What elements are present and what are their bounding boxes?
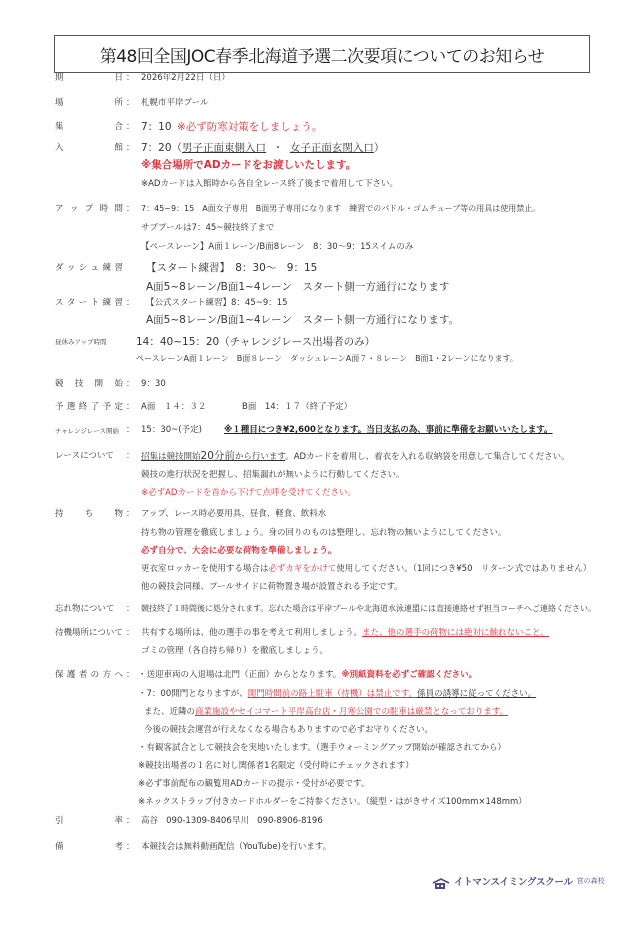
- guardians-nearby-ban: 商業施設やセイコマート平岸高台店・月寒公園での駐車は厳禁となっております。: [195, 707, 508, 717]
- warmup-line2: サブプールは7：45~競技終了まで: [141, 222, 274, 234]
- label-char: 物: [114, 508, 123, 520]
- entry-girls: 女子正面玄関入口: [290, 142, 374, 154]
- dash-line1: 【スタート練習】 8：30～ 9：15: [146, 262, 317, 274]
- colon: ：: [126, 297, 135, 309]
- leader-2-name: 早川: [232, 816, 249, 826]
- lost-items-value: 競技終了１時間後に処分されます。忘れた場合は平岸プールや北海道水泳連盟には直接連…: [141, 603, 596, 615]
- label-char: ッ: [67, 262, 76, 274]
- entry-note-ad-card: ※集合場所でADカードをお渡しいたします。: [141, 159, 356, 171]
- dash-line2: A面5~8レーン/B面1~4レーン スタート側一方通行になります: [146, 281, 449, 293]
- label-char: 率: [114, 815, 123, 827]
- waiting-area-line2: ゴミの管理（各自持ち帰り）を徹底しましょう。: [141, 645, 328, 657]
- label-char: 練: [103, 297, 112, 309]
- label-char: 護: [67, 669, 76, 681]
- label-char: プ: [85, 203, 94, 215]
- label-char: ッ: [70, 203, 79, 215]
- label-char: 習: [114, 262, 123, 274]
- warmup-line1: 7：45~9：15 A面女子専用 B面男子専用になります 練習でのパドル・ゴムチ…: [141, 203, 540, 215]
- label-char: ュ: [91, 262, 100, 274]
- label-noon-warmup: 昼休みアップ時間: [55, 336, 123, 348]
- label-entry: 入館: [55, 142, 123, 154]
- colon: ：: [126, 815, 135, 827]
- waiting-area-line1: 共有する場所は、他の選手の事を考えて利用しましょう。また、他の選手の荷物には絶対…: [141, 627, 549, 639]
- label-guardians: 保護者の方へ: [55, 669, 123, 681]
- colon: ：: [126, 627, 135, 639]
- label-char: の: [91, 669, 100, 681]
- venue-value: 札幌市平岸プール: [141, 97, 209, 109]
- locker-key-warning: 必ずカギをかけて: [268, 564, 336, 574]
- colon: ：: [126, 72, 135, 84]
- race-call-minutes: 20分前: [201, 450, 235, 462]
- guardians-see-attachment: ※別紙資料を必ずご確認ください。: [341, 670, 477, 680]
- label-char: 競: [55, 378, 64, 390]
- belongings-line4: 更衣室ロッカーを使用する場合は必ずカギをかけて使用してください。（1回につき¥5…: [141, 563, 591, 575]
- guardians-gate-text: ・送迎車両の入退場は北門（正面）からとなります。: [138, 670, 341, 680]
- label-char: 終: [79, 401, 88, 413]
- label-char: 持: [55, 508, 64, 520]
- colon: ：: [126, 203, 135, 215]
- label-char: タ: [67, 297, 76, 309]
- entry-time: 7：20（: [141, 142, 182, 154]
- brand-name: イトマンスイミングスクール: [454, 874, 573, 888]
- waiting-warning: また、他の選手の荷物には絶対に触れないこと。: [362, 628, 549, 638]
- label-char: 引: [55, 815, 64, 827]
- colon: ：: [126, 508, 135, 520]
- colon: ：: [126, 378, 135, 390]
- label-char: ち: [85, 508, 94, 520]
- label-char: 備: [55, 841, 64, 853]
- label-char: 了: [91, 401, 100, 413]
- label-char: 習: [114, 297, 123, 309]
- guardians-nearby-text: また、近隣の: [144, 707, 195, 717]
- label-challenge: チャレンジレース開始: [55, 425, 123, 437]
- race-line2: 競技の進行状況を把握し、招集漏れが無いように行動してください。: [141, 469, 405, 481]
- guardians-line7: ※必ず事前配布の観覧用ADカードの提示・受付が必要です。: [138, 778, 369, 790]
- belongings-line5: 他の競技会同様、プールサイドに荷物置き場が設置される予定です。: [141, 581, 403, 593]
- leader-1-phone: 090-1309-8406: [166, 816, 232, 826]
- guardians-line4: 今後の競技会運営が行えなくなる場合もありますので必ずお守りください。: [144, 724, 433, 736]
- leader-2-phone: 090-8906-8196: [257, 816, 323, 826]
- label-competition-start: 競技開始: [55, 378, 123, 390]
- label-leaders: 引率: [55, 815, 123, 827]
- label-char: 練: [103, 262, 112, 274]
- label-belongings: 持ち物: [55, 508, 123, 520]
- colon: ：: [126, 97, 135, 109]
- prelim-end-a: A面 １４：３２: [141, 401, 206, 413]
- label-waiting-area: 待機場所について: [55, 627, 123, 639]
- leader-1: 高谷 090-1309-8406: [141, 815, 232, 827]
- label-char: 予: [55, 401, 64, 413]
- belongings-line3: 必ず自分で、大会に必要な荷物を準備しましょう。: [141, 545, 336, 557]
- label-warmup: アップ時間: [55, 203, 123, 215]
- label-char: ス: [55, 297, 64, 309]
- label-venue: 場所: [55, 97, 123, 109]
- label-char: 間: [114, 203, 123, 215]
- label-char: ー: [79, 297, 88, 309]
- race-line1: 招集は競技開始20分前から行います。ADカードを着用し、着衣を入れる収納袋を用意…: [141, 450, 570, 463]
- label-char: 集: [55, 121, 64, 133]
- label-char: 日: [114, 72, 123, 84]
- prelim-end-b: B面 14：１７（終了予定）: [242, 401, 352, 413]
- locker-text: 更衣室ロッカーを使用する場合は: [141, 564, 268, 574]
- guardians-line6: ※競技出場者の１名に対し関係者1名限定（受付時にチェックされます）: [138, 760, 414, 772]
- leader-2: 早川 090-8906-8196: [232, 815, 323, 827]
- document-title: 第48回全国JOC春季北海道予選二次要項についてのお知らせ: [54, 35, 590, 73]
- guardians-line3: また、近隣の商業施設やセイコマート平岸高台店・月寒公園での駐車は厳禁となっており…: [144, 706, 508, 718]
- assembly-value: 7：10 ※必ず防寒対策をしましょう。: [141, 121, 322, 134]
- label-char: 予: [103, 401, 112, 413]
- entry-close: ）: [374, 142, 385, 154]
- colon: ：: [126, 424, 135, 436]
- guardians-line2: ・7：00開門となりますが、開門時間前の路上駐車（待機）は禁止です。係員の誘導に…: [138, 688, 536, 700]
- colon: ：: [126, 450, 135, 462]
- label-char: 所: [114, 97, 123, 109]
- label-start-practice: スタート練習: [55, 297, 123, 309]
- label-char: ア: [55, 203, 64, 215]
- label-char: 者: [79, 669, 88, 681]
- house-logo-icon: [432, 875, 450, 887]
- label-char: 技: [75, 378, 84, 390]
- assembly-note: ※必ず防寒対策をしましょう。: [177, 121, 322, 133]
- label-race: レースについて: [55, 450, 123, 462]
- colon: ：: [126, 669, 135, 681]
- belongings-line2: 持ち物の管理を徹底しましょう。身の回りのものは整理し、忘れ物の無いようにしてくだ…: [141, 527, 507, 539]
- locker-text2: 使用してください。（1回につき¥50 リターン式ではありません）: [336, 564, 591, 574]
- label-char: 場: [55, 97, 64, 109]
- footer-logo: イトマンスイミングスクール 宮の森校: [432, 874, 605, 888]
- guardians-open-text: ・7：00開門となりますが、: [138, 689, 248, 699]
- colon: ：: [126, 841, 135, 853]
- waiting-text: 共有する場所は、他の選手の事を考えて利用しましょう。: [141, 628, 362, 638]
- label-remarks: 備考: [55, 841, 123, 853]
- start-practice-line1: 【公式スタート練習】8：45~9：15: [146, 297, 288, 309]
- guardians-line5: ・有観客試合として競技会を実地いたします。（選手ウォーミングアップ開始が確認され…: [138, 742, 506, 754]
- belongings-line1: アップ、レース時必要用具、昼食、軽食、飲料水: [141, 508, 326, 520]
- label-assembly: 集合: [55, 121, 123, 133]
- label-date: 期日: [55, 72, 123, 84]
- challenge-fee-note: ※１種目につき¥2,600となります。当日支払の為、事前に準備をお願いいたします…: [224, 424, 553, 436]
- leader-1-name: 高谷: [141, 816, 158, 826]
- warmup-line3: 【ペースレーン】A面１レーン/B面8レーン 8：30～9：15スイムのみ: [141, 241, 413, 253]
- entry-note-wear: ※ADカードは入館時から各自全レース終了後まで着用して下さい。: [141, 178, 398, 190]
- entry-value: 7：20（男子正面東側入口 ・ 女子正面玄関入口）: [141, 142, 384, 154]
- colon: ：: [126, 401, 135, 413]
- label-char: 始: [114, 378, 123, 390]
- label-char: 方: [103, 669, 112, 681]
- school-name: 宮の森校: [577, 876, 605, 886]
- label-char: 選: [67, 401, 76, 413]
- race-call-text: 招集は競技開始: [141, 452, 201, 462]
- guardians-line8: ※ネックストラップ付きカードホルダーをご持参ください。（縦型・はがきサイズ100…: [138, 796, 527, 808]
- challenge-time: 15：30~(予定): [141, 424, 202, 436]
- assembly-time: 7：10: [141, 121, 172, 133]
- race-call-rest: 。ADカードを着用し、着衣を入れる収納袋を用意して集合してください。: [285, 452, 569, 462]
- label-dash: ダッシュ練習: [55, 262, 123, 274]
- noon-warmup-line2: ペースレーンA面１レーン B面８レーン ダッシュレーンA面７・８レーン B面1・…: [136, 353, 518, 365]
- race-line3: ※必ずADカードを首から下げて点呼を受けてください。: [141, 487, 356, 499]
- colon: ：: [126, 121, 135, 133]
- label-char: ト: [91, 297, 100, 309]
- label-lost-items: 忘れ物について: [55, 603, 123, 615]
- label-char: 館: [114, 142, 123, 154]
- label-char: 定: [114, 401, 123, 413]
- remarks-value: 本競技会は無料動画配信（YouTube)を行います。: [141, 841, 331, 853]
- colon: ：: [126, 603, 135, 615]
- label-char: 時: [100, 203, 109, 215]
- label-char: 合: [114, 121, 123, 133]
- entry-sep: ・: [273, 142, 284, 154]
- label-prelim-end: 予選終了予定: [55, 401, 123, 413]
- competition-start-value: 9：30: [141, 378, 166, 390]
- label-char: 期: [55, 72, 64, 84]
- noon-warmup-line1: 14：40~15：20（チャレンジレース出場者のみ）: [136, 336, 375, 348]
- label-char: 考: [114, 841, 123, 853]
- label-char: 入: [55, 142, 64, 154]
- guardians-line1: ・送迎車両の入退場は北門（正面）からとなります。※別紙資料を必ずご確認ください。: [138, 669, 477, 681]
- label-char: 開: [95, 378, 104, 390]
- guardians-follow-staff: 係員の誘導に従ってください。: [417, 689, 536, 699]
- label-char: 保: [55, 669, 64, 681]
- colon: ：: [126, 142, 135, 154]
- entry-boys: 男子正面東側入口: [182, 142, 266, 154]
- race-call-text2: から行います: [235, 452, 285, 462]
- start-practice-line2: A面5~8レーン/B面1~4レーン スタート側一方通行になります。: [146, 314, 459, 326]
- date-value: 2026年2月22日（日）: [141, 72, 230, 84]
- label-char: ダ: [55, 262, 64, 274]
- label-char: へ: [114, 669, 123, 681]
- label-char: シ: [79, 262, 88, 274]
- guardians-parking-ban: 開門時間前の路上駐車（待機）は禁止です。: [248, 689, 417, 699]
